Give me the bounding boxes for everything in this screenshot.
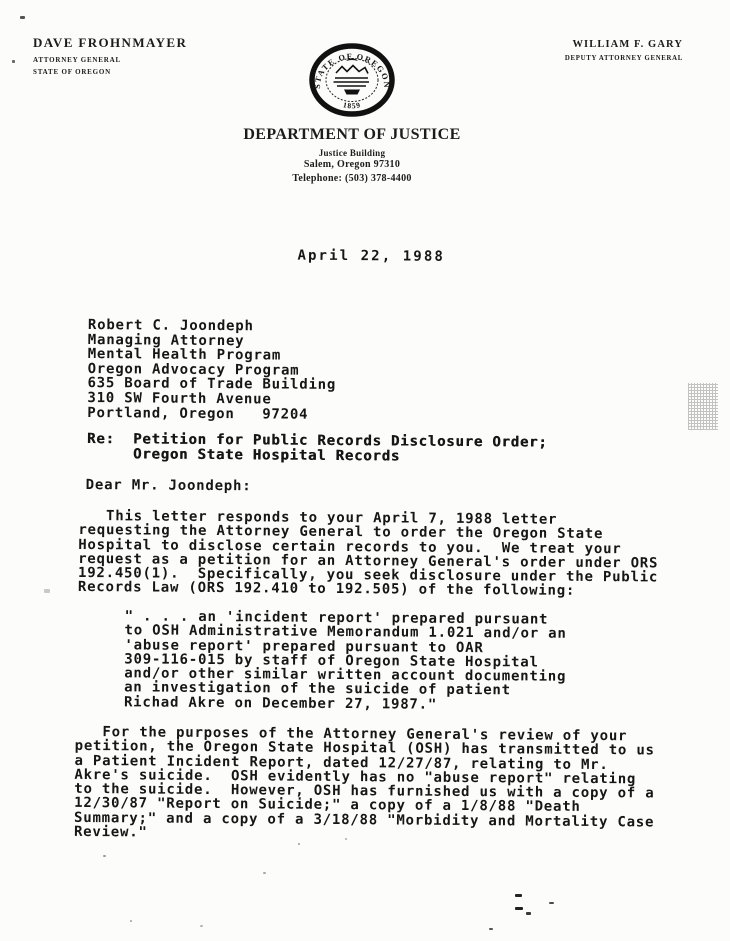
salutation: Dear Mr. Joondeph: (86, 478, 252, 494)
letter-date: April 22, 1988 (297, 248, 445, 265)
scan-speck (200, 925, 203, 927)
body-paragraph-2: For the purposes of the Attorney General… (74, 725, 655, 844)
scan-speck (130, 920, 132, 922)
body-blockquote: " . . . an 'incident report' prepared pu… (124, 609, 567, 713)
scan-speck (298, 843, 300, 845)
scan-speck (103, 855, 106, 857)
scan-speck (44, 589, 50, 593)
typed-letter-content: April 22, 1988 Robert C. Joondeph Managi… (0, 0, 730, 941)
scan-speck (526, 912, 531, 915)
scan-speck (20, 16, 25, 19)
scan-speck (12, 60, 15, 63)
scan-speck (489, 928, 493, 930)
body-paragraph-1: This letter responds to your April 7, 19… (78, 509, 659, 599)
scan-speck (515, 907, 523, 910)
scanned-letter-page: DAVE FROHNMAYER ATTORNEY GENERAL STATE O… (0, 0, 730, 941)
scan-speck (263, 872, 266, 874)
recipient-address: Robert C. Joondeph Managing Attorney Men… (87, 318, 336, 422)
scan-halftone-artifact (688, 383, 718, 430)
scan-speck (515, 894, 522, 897)
scan-speck (549, 902, 554, 904)
scan-speck (345, 838, 347, 840)
subject-re-line: Re: Petition for Public Records Disclosu… (87, 432, 548, 465)
